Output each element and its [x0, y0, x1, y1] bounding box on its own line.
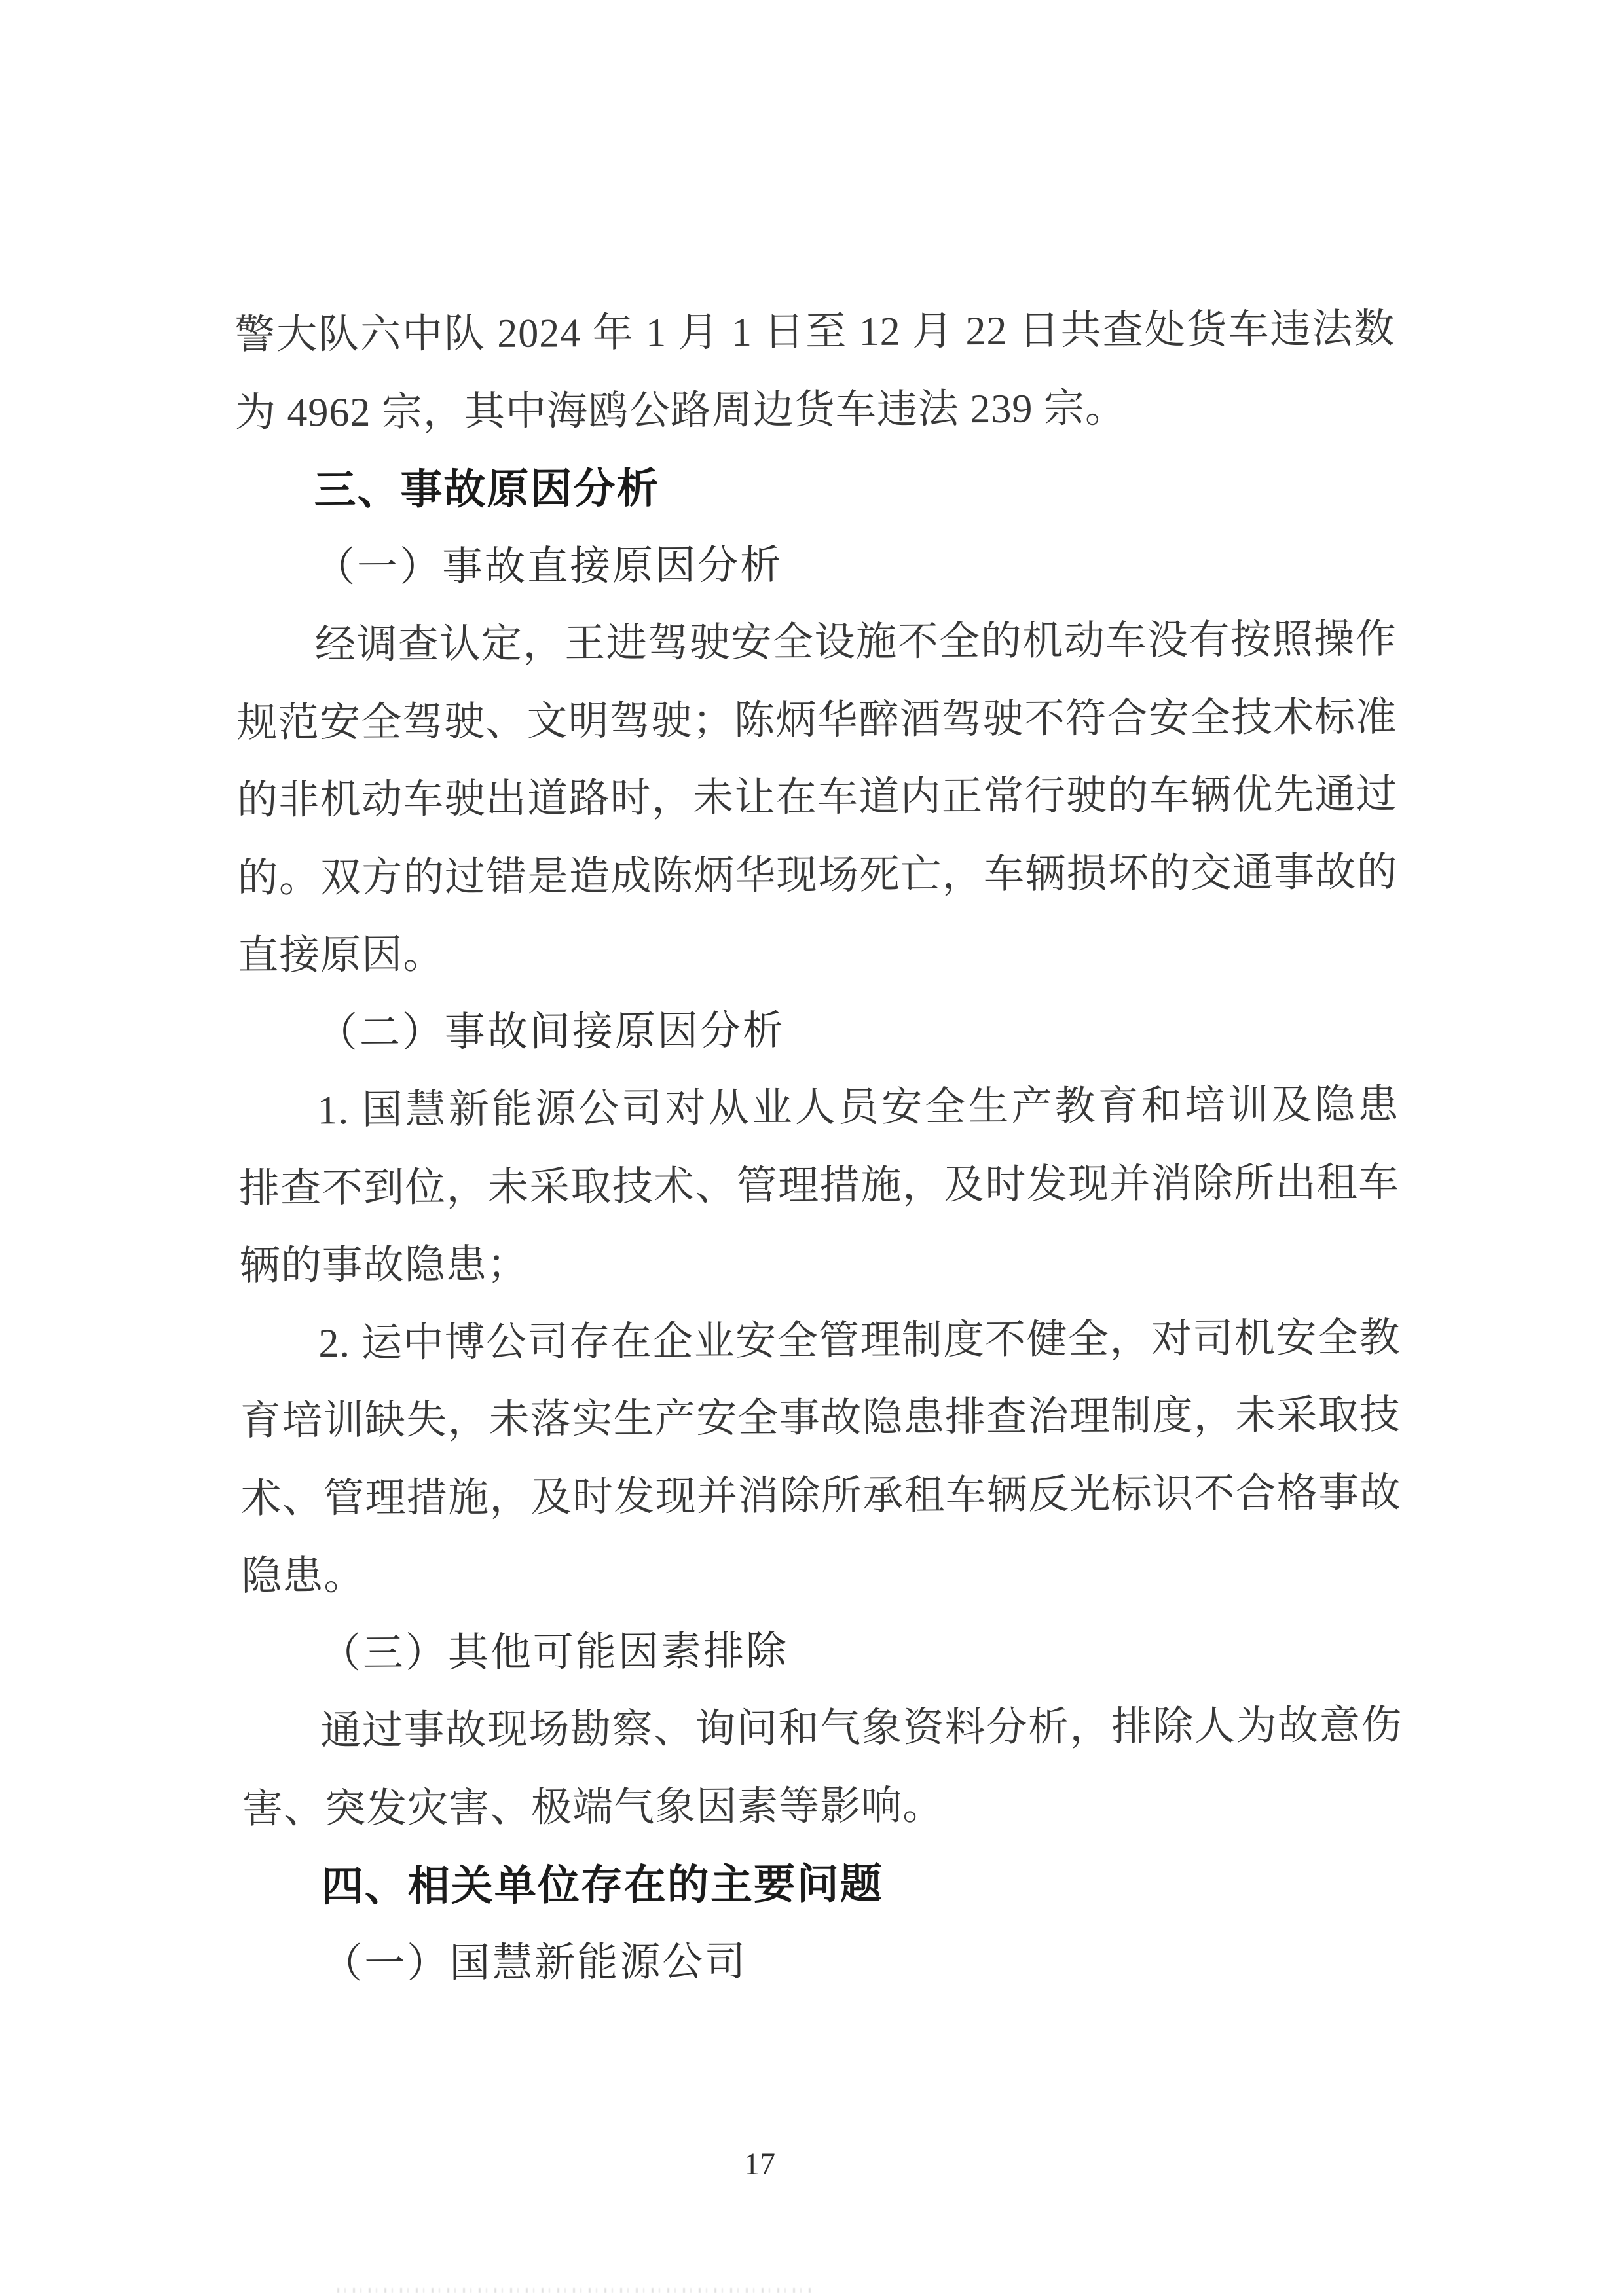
body-text-line: 为 4962 宗，其中海鸥公路周边货车违法 239 宗。 [235, 368, 1396, 452]
subsection-heading: （二）事故间接原因分析 [238, 989, 1399, 1072]
body-text-line: 2. 运中博公司存在企业安全管理制度不健全，对司机安全教 [240, 1299, 1401, 1383]
body-text-line: 的非机动车驶出道路时，未让在车道内正常行驶的车辆优先通过 [237, 756, 1398, 840]
document-page: 警大队六中队 2024 年 1 月 1 日至 12 月 22 日共查处货车违法数… [0, 0, 1624, 2296]
body-text-line: 规范安全驾驶、文明驾驶；陈炳华醉酒驾驶不符合安全技术标准 [236, 678, 1397, 762]
body-text-line: 育培训缺失，未落实生产安全事故隐患排查治理制度，未采取技 [240, 1377, 1401, 1461]
section-heading: 四、相关单位存在的主要问题 [242, 1842, 1403, 1926]
body-text-line: 排查不到位，未采取技术、管理措施，及时发现并消除所出租车 [239, 1144, 1400, 1228]
subsection-heading: （三）其他可能因素排除 [242, 1609, 1403, 1693]
body-text-line: 的。双方的过错是造成陈炳华现场死亡，车辆损坏的交通事故的 [237, 833, 1398, 917]
body-text-line: 1. 国慧新能源公司对从业人员安全生产教育和培训及隐患 [238, 1066, 1399, 1150]
body-text-line: 经调查认定，王进驾驶安全设施不全的机动车没有按照操作 [236, 601, 1397, 685]
body-text-line: 隐患。 [241, 1532, 1402, 1616]
body-text-line: 术、管理措施，及时发现并消除所承租车辆反光标识不合格事故 [240, 1454, 1401, 1538]
body-text-line: 警大队六中队 2024 年 1 月 1 日至 12 月 22 日共查处货车违法数 [234, 291, 1395, 374]
section-heading: 三、事故原因分析 [235, 446, 1396, 530]
subsection-heading: （一）国慧新能源公司 [243, 1920, 1404, 2003]
body-text-line: 直接原因。 [238, 911, 1399, 995]
body-text-line: 害、突发灾害、极端气象因素等影响。 [242, 1764, 1403, 1848]
body-text-line: 通过事故现场勘察、询问和气象资料分析，排除人为故意伤 [242, 1687, 1403, 1771]
page-number: 17 [710, 2146, 809, 2182]
subsection-heading: （一）事故直接原因分析 [236, 523, 1397, 607]
scan-artifact [337, 2288, 815, 2293]
body-text-line: 辆的事故隐患； [239, 1222, 1400, 1305]
text-block: 警大队六中队 2024 年 1 月 1 日至 12 月 22 日共查处货车违法数… [234, 291, 1404, 2003]
